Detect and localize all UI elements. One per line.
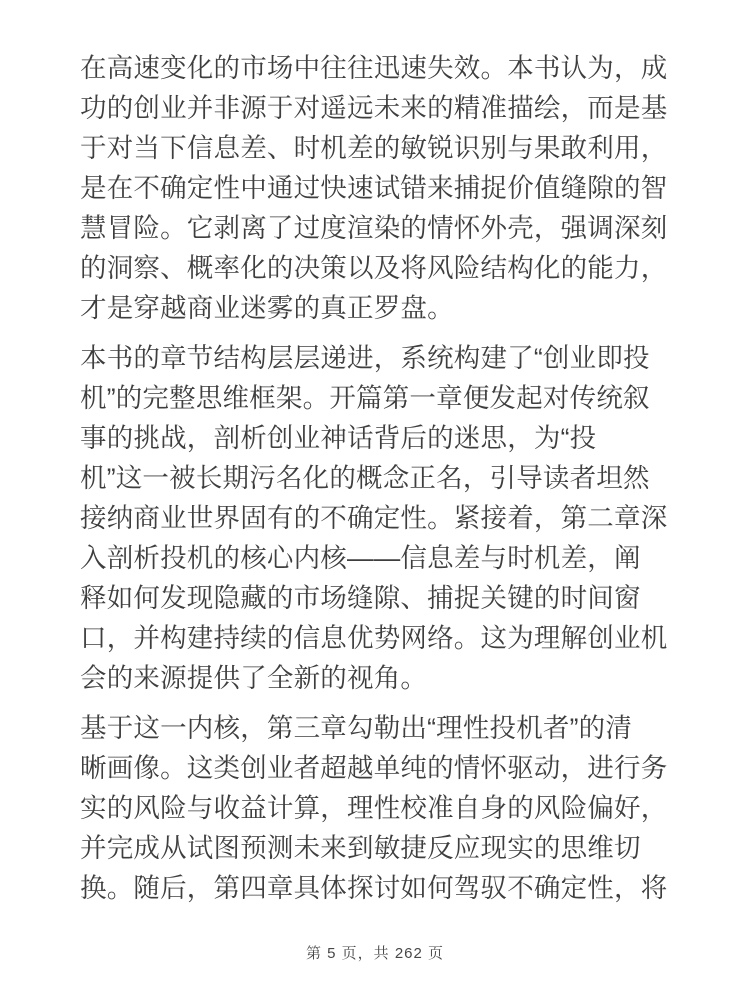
text-line: 入剖析投机的核心内核——信息差与时机差，阐 — [80, 538, 680, 578]
text-line: 接纳商业世界固有的不确定性。紧接着，第二章深 — [80, 498, 680, 538]
text-line: 机”这一被长期污名化的概念正名，引导读者坦然 — [80, 458, 680, 498]
page-number-footer: 第 5 页，共 262 页 — [0, 944, 750, 964]
page-number-label: 第 5 页，共 262 页 — [306, 945, 444, 962]
text-line: 实的风险与收益计算，理性校准自身的风险偏好， — [80, 788, 680, 828]
text-line: 是在不确定性中通过快速试错来捕捉价值缝隙的智 — [80, 168, 680, 208]
document-page: 在高速变化的市场中往往迅速失效。本书认为，成功的创业并非源于对遥远未来的精准描绘… — [0, 0, 750, 1000]
paragraph: 基于这一内核，第三章勾勒出“理性投机者”的清晰画像。这类创业者超越单纯的情怀驱动… — [80, 708, 680, 908]
paragraph: 本书的章节结构层层递进，系统构建了“创业即投机”的完整思维框架。开篇第一章便发起… — [80, 338, 680, 698]
text-line: 才是穿越商业迷雾的真正罗盘。 — [80, 288, 680, 328]
text-line: 机”的完整思维框架。开篇第一章便发起对传统叙 — [80, 378, 680, 418]
text-line: 晰画像。这类创业者超越单纯的情怀驱动，进行务 — [80, 748, 680, 788]
text-line: 的洞察、概率化的决策以及将风险结构化的能力， — [80, 248, 680, 288]
paragraph: 在高速变化的市场中往往迅速失效。本书认为，成功的创业并非源于对遥远未来的精准描绘… — [80, 48, 680, 328]
text-line: 本书的章节结构层层递进，系统构建了“创业即投 — [80, 338, 680, 378]
text-line: 会的来源提供了全新的视角。 — [80, 658, 680, 698]
text-line: 换。随后，第四章具体探讨如何驾驭不确定性，将 — [80, 868, 680, 908]
text-line: 事的挑战，剖析创业神话背后的迷思，为“投 — [80, 418, 680, 458]
page-text: 在高速变化的市场中往往迅速失效。本书认为，成功的创业并非源于对遥远未来的精准描绘… — [80, 48, 680, 918]
text-line: 在高速变化的市场中往往迅速失效。本书认为，成 — [80, 48, 680, 88]
text-line: 口，并构建持续的信息优势网络。这为理解创业机 — [80, 618, 680, 658]
text-line: 并完成从试图预测未来到敏捷反应现实的思维切 — [80, 828, 680, 868]
text-line: 慧冒险。它剥离了过度渲染的情怀外壳，强调深刻 — [80, 208, 680, 248]
text-line: 释如何发现隐藏的市场缝隙、捕捉关键的时间窗 — [80, 578, 680, 618]
text-line: 功的创业并非源于对遥远未来的精准描绘，而是基 — [80, 88, 680, 128]
text-line: 于对当下信息差、时机差的敏锐识别与果敢利用， — [80, 128, 680, 168]
text-line: 基于这一内核，第三章勾勒出“理性投机者”的清 — [80, 708, 680, 748]
